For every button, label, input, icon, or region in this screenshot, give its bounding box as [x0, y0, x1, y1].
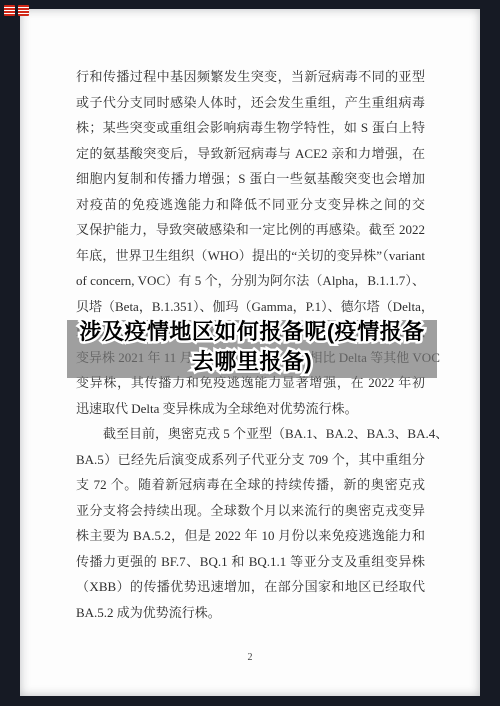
doc-text-line: 亚分支将会持续出现。全球数个月以来流行的奥密克戎变异: [76, 498, 425, 524]
doc-text-line: 行和传播过程中基因频繁发生突变，当新冠病毒不同的亚型: [76, 64, 425, 90]
doc-text-line: 株主要为 BA.5.2，但是 2022 年 10 月份以来免疫逃逸能力和: [76, 523, 425, 549]
doc-text-line: 定的氨基酸突变后，导致新冠病毒与 ACE2 亲和力增强，在: [76, 141, 425, 167]
red-stamp-glyph-icon: [4, 5, 15, 16]
doc-text-line: 年底，世界卫生组织（WHO）提出的“关切的变异株”（variant: [76, 243, 425, 269]
doc-text-line: 细胞内复制和传播力增强；S 蛋白一些氨基酸突变也会增加: [76, 166, 425, 192]
doc-text-line: 或子代分支同时感染人体时，还会发生重组，产生重组病毒: [76, 90, 425, 116]
red-watermark-stamp: [4, 5, 29, 16]
doc-text-line: 株；某些突变或重组会影响病毒生物学特性，如 S 蛋白上特: [76, 115, 425, 141]
doc-text-line: 传播力更强的 BF.7、BQ.1 和 BQ.1.1 等亚分支及重组变异株: [76, 549, 425, 575]
doc-text-line: 贝塔（Beta，B.1.351）、伽玛（Gamma，P.1）、德尔塔（Delta…: [76, 294, 425, 320]
doc-text-line: 迅速取代 Delta 变异株成为全球绝对优势流行株。: [76, 396, 425, 422]
doc-text-line: 截至目前，奥密克戎 5 个亚型（BA.1、BA.2、BA.3、BA.4、: [76, 421, 425, 447]
doc-text-line: 叉保护能力，导致突破感染和一定比例的再感染。截至 2022: [76, 217, 425, 243]
overlay-title-line1: 涉及疫情地区如何报备呢(疫情报备: [50, 317, 454, 347]
overlay-title-line2: 去哪里报备): [50, 347, 454, 377]
doc-text-line: of concern, VOC）有 5 个，分别为阿尔法（Alpha，B.1.1…: [76, 268, 425, 294]
doc-text-line: 对疫苗的免疫逃逸能力和降低不同亚分支变异株之间的交: [76, 192, 425, 218]
doc-text-line: BA.5）已经先后演变成系列子代亚分支 709 个，其中重组分: [76, 447, 425, 473]
framed-document-screenshot: 行和传播过程中基因频繁发生突变，当新冠病毒不同的亚型或子代分支同时感染人体时，还…: [0, 0, 500, 706]
doc-text-line: BA.5.2 成为优势流行株。: [76, 600, 425, 626]
doc-text-line: （XBB）的传播优势迅速增加，在部分国家和地区已经取代: [76, 574, 425, 600]
red-stamp-glyph-icon: [18, 5, 29, 16]
page-number: 2: [20, 652, 480, 663]
overlay-title: 涉及疫情地区如何报备呢(疫情报备 去哪里报备): [50, 317, 454, 376]
doc-text-line: 支 72 个。随着新冠病毒在全球的持续传播，新的奥密克戎: [76, 472, 425, 498]
